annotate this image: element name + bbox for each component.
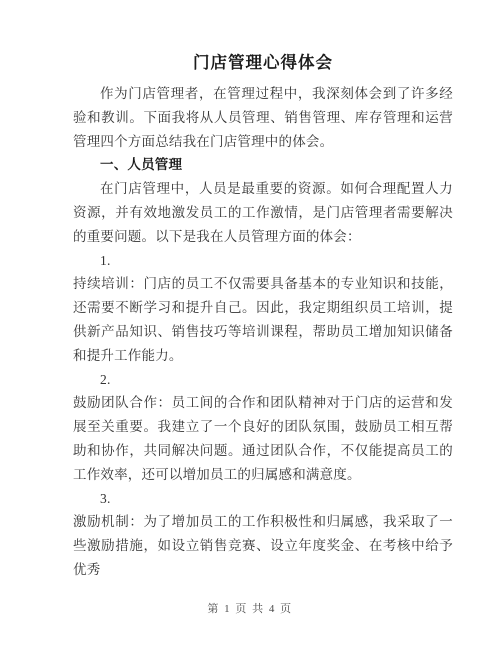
page-number-footer: 第 1 页 共 4 页 — [0, 600, 500, 616]
paragraph-intro: 作为门店管理者，在管理过程中，我深刻体会到了许多经验和教训。下面我将从人员管理、… — [73, 82, 453, 153]
paragraph-item-1-training: 持续培训：门店的员工不仅需要具备基本的专业知识和技能，还需要不断学习和提升自己。… — [73, 272, 453, 367]
paragraph-item-2-teamwork: 鼓励团队合作：员工间的合作和团队精神对于门店的运营和发展至关重要。我建立了一个良… — [73, 391, 453, 486]
paragraph-personnel-overview: 在门店管理中，人员是最重要的资源。如何合理配置人力资源，并有效地激发员工的工作激… — [73, 177, 453, 248]
list-number-2: 2. — [73, 368, 453, 392]
document-content: 门店管理心得体会 作为门店管理者，在管理过程中，我深刻体会到了许多经验和教训。下… — [73, 50, 453, 582]
list-number-1: 1. — [73, 249, 453, 273]
paragraph-item-3-incentives: 激励机制：为了增加员工的工作积极性和归属感，我采取了一些激励措施，如设立销售竞赛… — [73, 510, 453, 581]
document-title: 门店管理心得体会 — [73, 50, 453, 76]
document-page: 门店管理心得体会 作为门店管理者，在管理过程中，我深刻体会到了许多经验和教训。下… — [0, 0, 500, 647]
list-number-3: 3. — [73, 487, 453, 511]
section-heading-personnel-management: 一、人员管理 — [73, 153, 453, 177]
